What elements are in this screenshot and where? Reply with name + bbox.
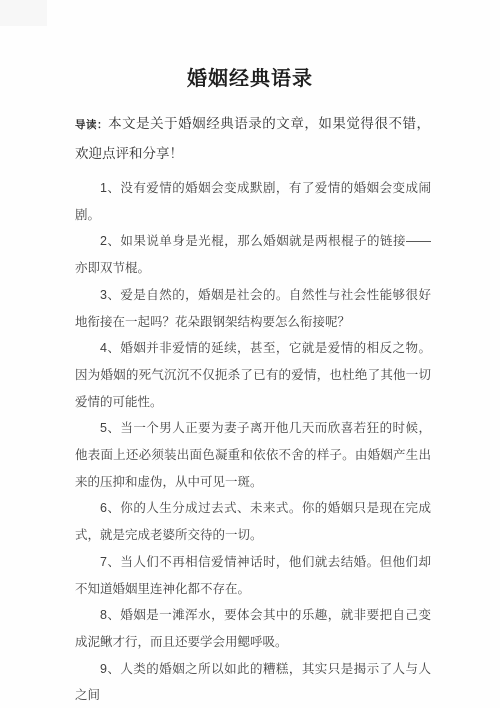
quote-text: 你的人生分成过去式、未来式。你的婚姻只是现在完成式，就是完成老婆所交待的一切。 — [75, 501, 431, 542]
quote-item: 4、婚姻并非爱情的延续，甚至，它就是爱情的相反之物。因为婚姻的死气沉沉不仅扼杀了… — [75, 335, 431, 415]
quote-item: 2、如果说单身是光棍，那么婚姻就是两根棍子的链接——亦即双节棍。 — [75, 228, 431, 281]
quote-item: 1、没有爱情的婚姻会变成默剧，有了爱情的婚姻会变成闹剧。 — [75, 175, 431, 228]
corner-artifact — [0, 0, 47, 26]
document-page: 婚姻经典语录 导读：本文是关于婚姻经典语录的文章，如果觉得很不错，欢迎点评和分享… — [0, 0, 500, 708]
quote-text: 没有爱情的婚姻会变成默剧，有了爱情的婚姻会变成闹剧。 — [75, 181, 431, 222]
quote-number: 9、 — [100, 662, 120, 676]
quote-number: 3、 — [100, 288, 120, 302]
intro-text: 本文是关于婚姻经典语录的文章，如果觉得很不错，欢迎点评和分享！ — [75, 116, 430, 161]
page-title: 婚姻经典语录 — [0, 0, 500, 91]
quote-item: 3、爱是自然的，婚姻是社会的。自然性与社会性能够很好地衔接在一起吗？花朵跟钢架结… — [75, 282, 431, 335]
quote-item: 9、人类的婚姻之所以如此的糟糕，其实只是揭示了人与人之间 — [75, 656, 431, 708]
quote-number: 7、 — [100, 555, 120, 569]
quote-text: 人类的婚姻之所以如此的糟糕，其实只是揭示了人与人之间 — [75, 662, 431, 703]
intro-paragraph: 导读：本文是关于婚姻经典语录的文章，如果觉得很不错，欢迎点评和分享！ — [75, 110, 430, 168]
quote-item: 8、婚姻是一滩浑水，要体会其中的乐趣，就非要把自己变成泥鳅才行，而且还要学会用鳃… — [75, 602, 431, 655]
quote-text: 婚姻是一滩浑水，要体会其中的乐趣，就非要把自己变成泥鳅才行，而且还要学会用鳃呼吸… — [75, 608, 431, 649]
quote-number: 1、 — [100, 181, 120, 195]
quote-text: 当人们不再相信爱情神话时，他们就去结婚。但他们却不知道婚姻里连神化都不存在。 — [75, 555, 431, 596]
quote-text: 如果说单身是光棍，那么婚姻就是两根棍子的链接——亦即双节棍。 — [75, 234, 431, 275]
quote-text: 婚姻并非爱情的延续，甚至，它就是爱情的相反之物。因为婚姻的死气沉沉不仅扼杀了已有… — [75, 341, 431, 408]
quote-number: 8、 — [100, 608, 120, 622]
quote-text: 当一个男人正要为妻子离开他几天而欣喜若狂的时候，他表面上还必须装出面色凝重和依依… — [75, 421, 431, 488]
quote-item: 7、当人们不再相信爱情神话时，他们就去结婚。但他们却不知道婚姻里连神化都不存在。 — [75, 549, 431, 602]
quote-number: 2、 — [100, 234, 120, 248]
quote-number: 4、 — [100, 341, 120, 355]
quote-number: 5、 — [100, 421, 120, 435]
quotes-list: 1、没有爱情的婚姻会变成默剧，有了爱情的婚姻会变成闹剧。2、如果说单身是光棍，那… — [75, 175, 431, 708]
quote-item: 6、你的人生分成过去式、未来式。你的婚姻只是现在完成式，就是完成老婆所交待的一切… — [75, 495, 431, 548]
quote-text: 爱是自然的，婚姻是社会的。自然性与社会性能够很好地衔接在一起吗？花朵跟钢架结构要… — [75, 288, 431, 329]
intro-label: 导读： — [75, 120, 108, 131]
quote-item: 5、当一个男人正要为妻子离开他几天而欣喜若狂的时候，他表面上还必须装出面色凝重和… — [75, 415, 431, 495]
quote-number: 6、 — [100, 501, 120, 515]
